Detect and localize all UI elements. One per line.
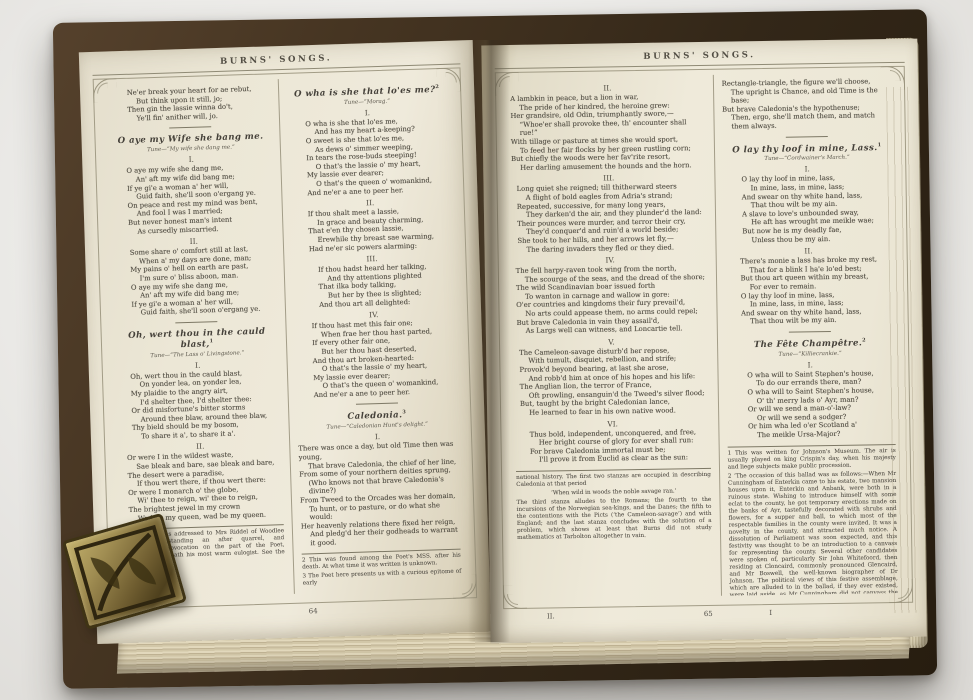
song-title-text: O lay thy loof in mine, Lass. bbox=[732, 143, 877, 155]
stanza: O aye my wife she dang me,An' aft my wif… bbox=[126, 163, 258, 236]
stanza: There's monie a lass has broke my rest,T… bbox=[740, 255, 878, 326]
song-title: The Fête Champêtre.2 bbox=[726, 337, 894, 351]
section-divider bbox=[356, 403, 398, 405]
stanza: O wha will to Saint Stephen's house,To d… bbox=[747, 369, 874, 440]
footnote: national history. The first two stanzas … bbox=[516, 472, 711, 489]
book-photograph: BURNS' SONGS. Ne'er break your heart for… bbox=[0, 0, 973, 700]
page-number-right: 65 bbox=[490, 607, 926, 622]
right-page-footer: II. 65 I bbox=[490, 607, 926, 626]
stanza: The Cameleon-savage disturb'd her repose… bbox=[519, 346, 705, 418]
footnote-reference: 1 bbox=[209, 338, 213, 344]
poem-line: Unless thou be my ain. bbox=[742, 234, 874, 245]
footnote-reference: 1 bbox=[878, 142, 882, 148]
poem-line: He learned to fear in his own native woo… bbox=[520, 406, 705, 417]
stanza: Ne'er break your heart for ae rebut,But … bbox=[127, 85, 253, 123]
stanza: Thus bold, independent, unconquered, and… bbox=[530, 428, 697, 465]
tune-line: Tune—“Cordwainer's March.” bbox=[723, 154, 891, 163]
stanza: Rectangle-triangle, the figure we'll cho… bbox=[722, 77, 891, 131]
song-title-text: Caledonia. bbox=[347, 411, 402, 423]
song-title-text: Oh, wert thou in the cauld blast, bbox=[128, 326, 265, 350]
footnote: The third stanza alludes to the Romans; … bbox=[516, 497, 711, 542]
song-title: O lay thy loof in mine, Lass.1 bbox=[723, 142, 891, 156]
poem-line: And pledg'd her their godheads to warran… bbox=[301, 526, 460, 548]
poem-line: The meikle Ursa-Major? bbox=[748, 429, 874, 440]
text-columns-right-page: II.A lambkin in peace, but a lion in war… bbox=[502, 72, 906, 599]
stanza: If thou hadst heard her talking,And thy … bbox=[318, 263, 428, 309]
stanza: Long quiet she reigned; till thitherward… bbox=[517, 182, 703, 254]
stanza: There was once a day, but old Time then … bbox=[298, 440, 460, 548]
footnote: 2 ‘The occasion of this ballad was as fo… bbox=[728, 471, 898, 596]
poem-line: As Largs well can witness, and Loncartie… bbox=[517, 324, 706, 336]
section-divider bbox=[175, 321, 217, 323]
right-page-column-2: Rectangle-triangle, the figure we'll cho… bbox=[713, 72, 906, 596]
section-divider bbox=[789, 331, 831, 333]
right-page-column-1: II.A lambkin in peace, but a lion in war… bbox=[502, 75, 721, 599]
footnote-reference: 2 bbox=[862, 337, 866, 343]
song-title-text: The Fête Champêtre. bbox=[754, 338, 863, 350]
stanza: If thou hast met this fair one;When frae… bbox=[312, 318, 439, 399]
stanza: If thou shalt meet a lassie,In grace and… bbox=[308, 206, 435, 253]
footnote-reference: 2 bbox=[435, 84, 439, 90]
section-divider bbox=[169, 127, 211, 129]
signature-mark-right: I bbox=[769, 609, 772, 617]
footnote-reference: 3 bbox=[402, 410, 406, 416]
stanza: O wha is she that lo'es me,And has my he… bbox=[305, 116, 432, 197]
poem-line: I'll prove it from Euclid as clear as th… bbox=[530, 454, 696, 465]
poem-line: Then, ergo, she'll match them, and match… bbox=[722, 111, 890, 131]
left-page-column-2: O wha is she that lo'es me?2Tune—“Morag.… bbox=[278, 74, 470, 594]
stanza: The fell harpy-raven took wing from the … bbox=[516, 264, 706, 336]
poem-line: That thou wilt be my ain. bbox=[741, 316, 878, 327]
footnote-rule bbox=[727, 444, 895, 448]
stanza: Or were I in the wildest waste,Sae bleak… bbox=[127, 450, 276, 523]
section-divider bbox=[786, 136, 828, 138]
right-page: BURNS' SONGS. II.A lambkin in peace, but… bbox=[481, 39, 926, 644]
stanza: Oh, wert thou in the cauld blast,On yond… bbox=[130, 368, 268, 441]
tune-line: Tune—“Killiecrankie.” bbox=[726, 350, 894, 359]
footnote: 1 This was written for Johnson's Museum.… bbox=[727, 448, 896, 472]
stanza: A lambkin in peace, but a lion in war,Th… bbox=[510, 92, 706, 172]
song-title: Oh, wert thou in the cauld blast,1 bbox=[116, 326, 279, 352]
stanza: Some share o' comfort still at last,When… bbox=[130, 245, 261, 318]
footnote: 3 The Poet here presents us with a curio… bbox=[302, 569, 461, 588]
stanza: O lay thy loof in mine, lass,In mine, la… bbox=[741, 174, 874, 245]
